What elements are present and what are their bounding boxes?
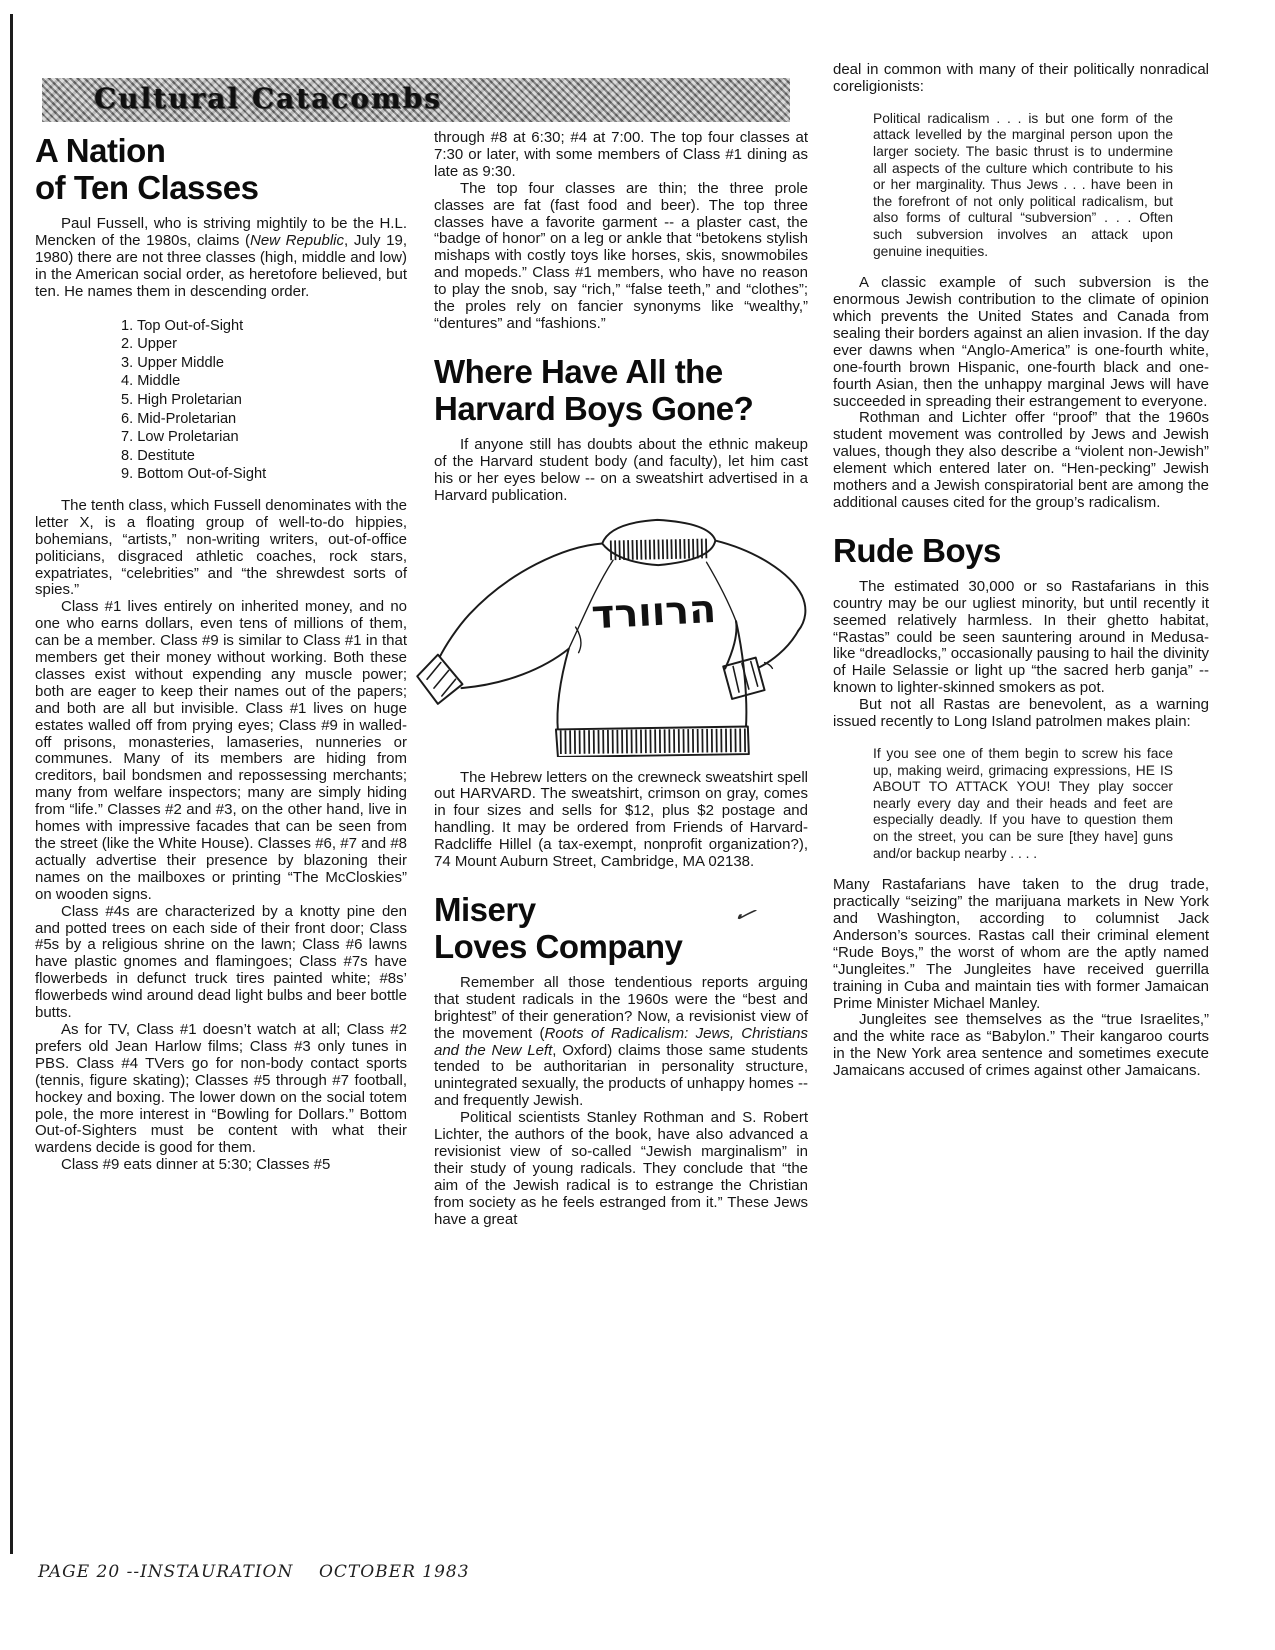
rank-item: 4. Middle [121, 372, 407, 391]
body-paragraph: Political scientists Stanley Rothman and… [434, 1110, 808, 1228]
headline-line: Harvard Boys Gone? [434, 390, 808, 427]
text-run: If you see one of them begin to screw hi… [873, 746, 1173, 861]
column-2: through #8 at 6:30; #4 at 7:00. The top … [434, 130, 808, 1229]
rank-item: 5. High Proletarian [121, 391, 407, 410]
body-paragraph: The top four classes are thin; the three… [434, 181, 808, 333]
section-banner: Cultural Catacombs [42, 78, 790, 122]
text-run: Jungleites see themselves as the “true I… [833, 1011, 1209, 1079]
hebrew-harvard-lettering: הרוורד [590, 585, 717, 637]
headline-where-have-all-the-harvard-boys-gone: Where Have All theHarvard Boys Gone? [434, 353, 808, 427]
body-paragraph: The tenth class, which Fussell denominat… [35, 498, 407, 599]
body-paragraph: Many Rastafarians have taken to the drug… [833, 877, 1209, 1012]
headline-line: Where Have All the [434, 353, 808, 390]
rank-item: 1. Top Out-of-Sight [121, 317, 407, 336]
body-paragraph: A classic example of such subversion is … [833, 275, 1209, 410]
text-run: Political scientists Stanley Rothman and… [434, 1109, 808, 1227]
body-paragraph: The estimated 30,000 or so Rastafarians … [833, 579, 1209, 697]
text-run: Many Rastafarians have taken to the drug… [833, 876, 1209, 1011]
body-paragraph: If anyone still has doubts about the eth… [434, 437, 808, 505]
body-paragraph: through #8 at 6:30; #4 at 7:00. The top … [434, 130, 808, 181]
italic-text: New Republic [250, 232, 344, 249]
headline-a-nation-of-ten-classes: A Nationof Ten Classes [35, 132, 407, 206]
headline-line: of Ten Classes [35, 169, 407, 206]
page-footer: PAGE 20 --INSTAURATION OCTOBER 1983 [38, 1562, 470, 1582]
rank-item: 3. Upper Middle [121, 354, 407, 373]
headline-misery-loves-company: MiseryLoves Company✓ [434, 891, 808, 965]
text-run: As for TV, Class #1 doesn’t watch at all… [35, 1021, 407, 1156]
section-banner-title: Cultural Catacombs [42, 78, 790, 115]
harvard-sweatshirt-figure: הרוורד [408, 511, 824, 762]
column-1: A Nationof Ten ClassesPaul Fussell, who … [35, 132, 407, 1174]
body-paragraph: Rothman and Lichter offer “proof” that t… [833, 410, 1209, 511]
block-quote: Political radicalism . . . is but one fo… [873, 111, 1173, 260]
body-paragraph: The Hebrew letters on the crewneck sweat… [434, 770, 808, 871]
sweatshirt-illustration: הרוורד [408, 511, 822, 757]
headline-rude-boys: Rude Boys [833, 532, 1209, 569]
body-paragraph: Class #4s are characterized by a knotty … [35, 904, 407, 1022]
body-paragraph: Class #9 eats dinner at 5:30; Classes #5 [35, 1157, 407, 1174]
text-run: The Hebrew letters on the crewneck sweat… [434, 769, 808, 871]
rank-item: 8. Destitute [121, 447, 407, 466]
text-run: Class #4s are characterized by a knotty … [35, 903, 407, 1021]
text-run: If anyone still has doubts about the eth… [434, 436, 808, 504]
text-run: The top four classes are thin; the three… [434, 180, 808, 332]
magazine-page: Cultural Catacombs A Nationof Ten Classe… [0, 0, 1275, 1650]
body-paragraph: Paul Fussell, who is striving mightily t… [35, 216, 407, 301]
rank-item: 6. Mid-Proletarian [121, 410, 407, 429]
text-run: Class #9 eats dinner at 5:30; Classes #5 [61, 1156, 330, 1173]
rank-item: 7. Low Proletarian [121, 428, 407, 447]
rank-item: 9. Bottom Out-of-Sight [121, 465, 407, 484]
block-quote: If you see one of them begin to screw hi… [873, 746, 1173, 862]
text-run: Rothman and Lichter offer “proof” that t… [833, 409, 1209, 511]
text-run: Political radicalism . . . is but one fo… [873, 111, 1173, 259]
text-run: A classic example of such subversion is … [833, 274, 1209, 409]
headline-line: Rude Boys [833, 532, 1209, 569]
body-paragraph: As for TV, Class #1 doesn’t watch at all… [35, 1022, 407, 1157]
body-paragraph: Jungleites see themselves as the “true I… [833, 1012, 1209, 1080]
headline-line: Loves Company [434, 928, 808, 965]
body-paragraph: Remember all those tendentious reports a… [434, 975, 808, 1110]
body-paragraph: deal in common with many of their politi… [833, 62, 1209, 96]
class-rank-list: 1. Top Out-of-Sight2. Upper3. Upper Midd… [121, 317, 407, 484]
text-run: through #8 at 6:30; #4 at 7:00. The top … [434, 129, 808, 180]
text-run: The estimated 30,000 or so Rastafarians … [833, 578, 1209, 696]
body-paragraph: But not all Rastas are benevolent, as a … [833, 697, 1209, 731]
headline-line: A Nation [35, 132, 407, 169]
text-run: The tenth class, which Fussell denominat… [35, 497, 407, 599]
text-run: But not all Rastas are benevolent, as a … [833, 696, 1209, 730]
rank-item: 2. Upper [121, 335, 407, 354]
text-run: deal in common with many of their politi… [833, 61, 1209, 95]
scan-edge-artifact [10, 14, 13, 1554]
body-paragraph: Class #1 lives entirely on inherited mon… [35, 599, 407, 903]
text-run: Class #1 lives entirely on inherited mon… [35, 598, 407, 902]
column-3: deal in common with many of their politi… [833, 62, 1209, 1080]
